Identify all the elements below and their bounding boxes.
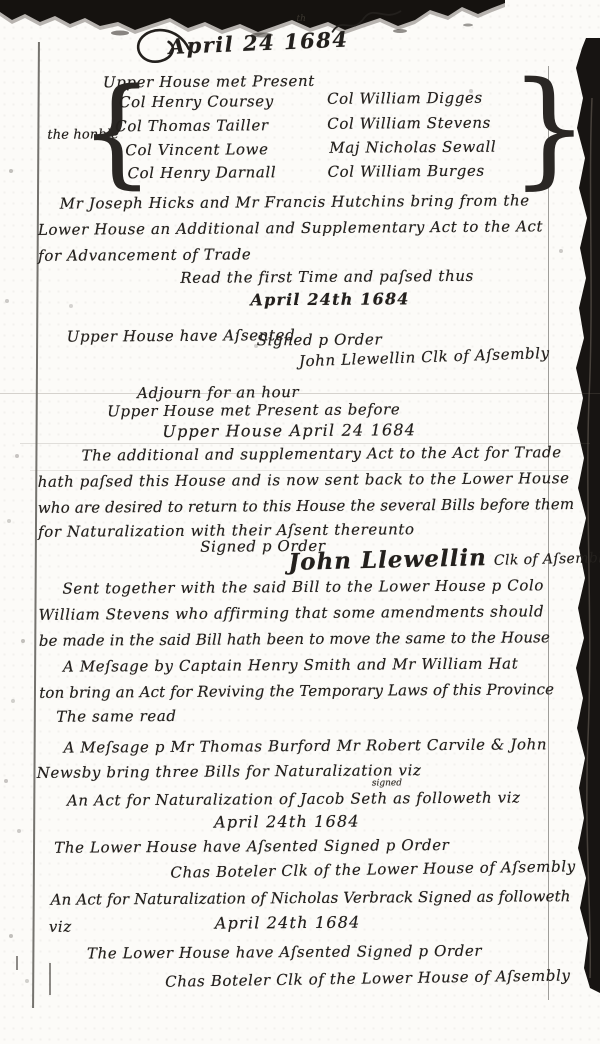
paragraph3-line2: William Stevens who affirming that some …: [39, 602, 545, 624]
signature-llewellin-2: John LlewellinClk of Aſsembly: [288, 541, 600, 576]
same-read-line: The same read: [56, 707, 176, 726]
date-line-3: April 24th 1684: [214, 812, 360, 832]
paragraph2-line3: who are desired to return to this House …: [38, 495, 574, 517]
lower-assent-2: The Lower House have Aſsented Signed p O…: [87, 942, 482, 963]
manuscript-content: th April 24 1684 Upper House met Present…: [0, 0, 600, 1044]
attendee-right-1: Col William Digges: [327, 89, 483, 108]
date-heading: April 24 1684: [168, 27, 349, 60]
signature-boteler-1: Chas Boteler Clk of the Lower House of A…: [170, 857, 576, 881]
upper-house-date-line: Upper House April 24 1684: [162, 420, 416, 441]
attendee-left-3: Col Vincent Lowe: [125, 140, 268, 159]
attendee-left-1: Col Henry Coursey: [119, 92, 274, 111]
date-line-2: April 24th 1684: [250, 289, 409, 309]
paragraph4-line1: A Meſsage by Captain Henry Smith and Mr …: [63, 654, 518, 675]
attendee-right-4: Col William Burges: [327, 162, 484, 181]
lower-assent-1: The Lower House have Aſsented Signed p O…: [54, 836, 449, 857]
paragraph5-line2: Newsby bring three Bills for Naturalizat…: [37, 761, 422, 782]
paragraph4-line2: ton bring an Act for Reviving the Tempor…: [39, 680, 554, 702]
signed-order-1: Signed p Order: [257, 330, 383, 349]
paragraph1-line3: for Advancement of Trade: [38, 245, 251, 264]
viz-label: viz: [49, 918, 72, 936]
paragraph5-line1: A Meſsage p Mr Thomas Burford Mr Robert …: [64, 735, 548, 756]
attendee-right-2: Col William Stevens: [327, 114, 491, 133]
act-jacob-line: An Act for Naturalization of Jacob Seth …: [67, 788, 521, 809]
heading-superscript: th: [296, 14, 305, 24]
date-line-4: April 24th 1684: [215, 913, 361, 933]
adjourn-line: Adjourn for an hour: [137, 383, 299, 402]
signature-boteler-2: Chas Boteler Clk of the Lower House of A…: [165, 966, 571, 990]
attendance-close-brace: }: [509, 70, 590, 187]
act-nicholas-line: An Act for Naturalization of Nicholas Ve…: [51, 887, 571, 909]
paragraph2-line1: The additional and supplementary Act to …: [81, 443, 561, 464]
act-jacob-superscript: signed: [372, 778, 402, 788]
paragraph3-line3: be made in the said Bill hath been to mo…: [39, 628, 550, 650]
paragraph2-line2: hath paſsed this House and is now sent b…: [38, 469, 570, 491]
read-passed-line: Read the first Time and paſsed thus: [180, 267, 474, 287]
paragraph3-line1: Sent together with the said Bill to the …: [62, 576, 544, 597]
paragraph1-line1: Mr Joseph Hicks and Mr Francis Hutchins …: [60, 191, 530, 212]
signature-llewellin-2-name: John Llewellin: [288, 544, 487, 576]
met-again-line: Upper House met Present as before: [107, 400, 400, 420]
attendee-left-4: Col Henry Darnall: [127, 163, 276, 182]
manuscript-page: th April 24 1684 Upper House met Present…: [0, 0, 600, 1044]
attendee-right-3: Maj Nicholas Sewall: [329, 138, 496, 157]
signature-llewellin-2-title: Clk of Aſsembly: [494, 550, 600, 569]
attendee-left-2: Col Thomas Tailler: [115, 116, 269, 135]
paragraph1-line2: Lower House an Additional and Supplement…: [38, 217, 543, 239]
